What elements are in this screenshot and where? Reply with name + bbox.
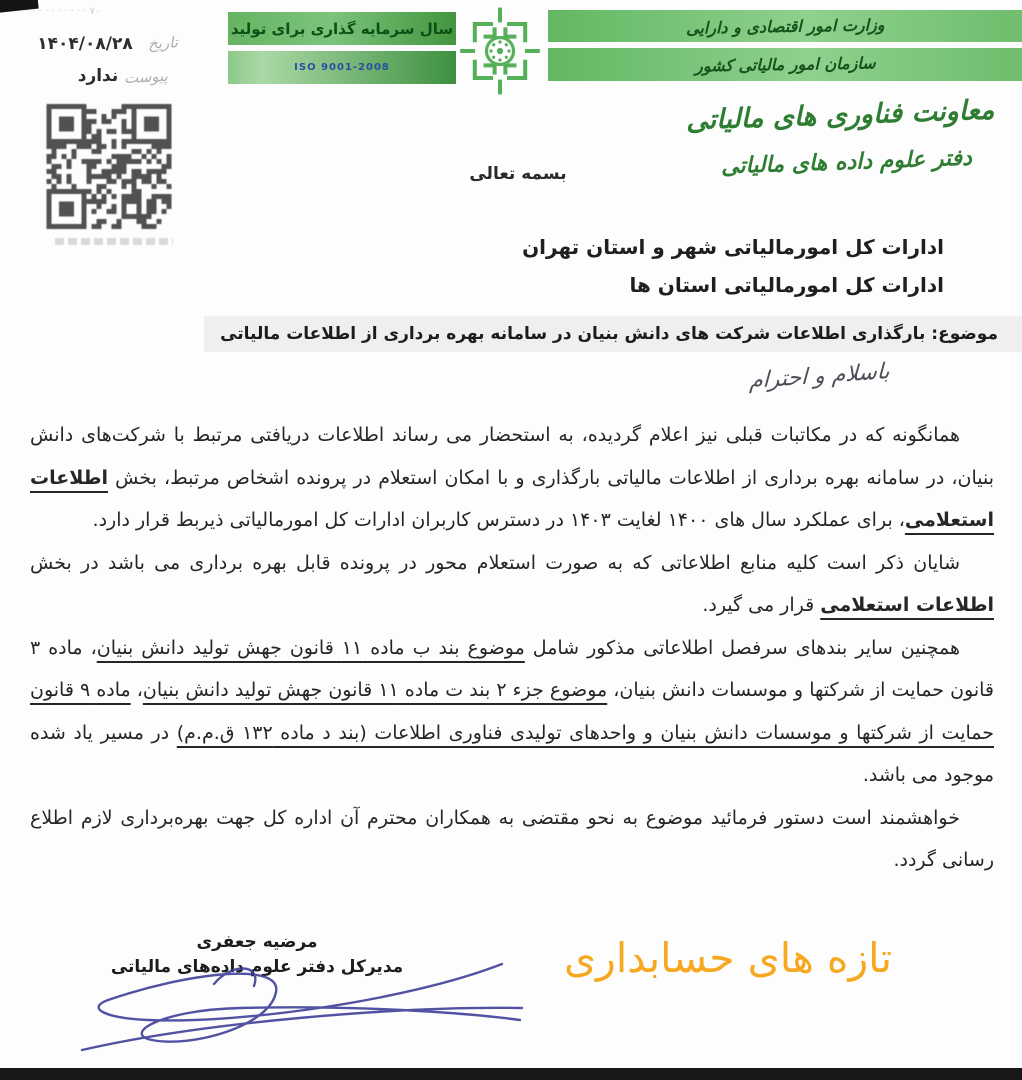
organization-text: سازمان امور مالیاتی کشور — [695, 53, 876, 75]
besmele-text: بسمه تعالی — [448, 164, 588, 184]
body-text: خواهشمند است دستور فرمائید موضوع به نحو … — [30, 807, 994, 872]
recipients-block: ادارات کل امورمالیاتی شهر و استان تهران … — [522, 228, 944, 304]
body-text: شایان ذکر است کلیه منابع اطلاعاتی که به … — [30, 552, 960, 574]
handwritten-signature — [64, 950, 534, 1065]
qr-code — [42, 104, 176, 229]
scanned-letter-page: · · · · · · · · · · ٧٠ تاریخ ۱۴۰۴/۰۸/۲۸ … — [0, 0, 1022, 1080]
body-text: ، — [131, 679, 143, 701]
body-paragraph: همانگونه که در مکاتبات قبلی نیز اعلام گر… — [30, 414, 994, 542]
deputy-calligraphy: معاونت فناوری های مالیاتی — [685, 95, 994, 137]
tax-administration-emblem-icon — [455, 4, 545, 98]
legal-citation: موضوع بند ب ماده ۱۱ قانون جهش تولید دانش… — [97, 637, 525, 659]
body-paragraph: شایان ذکر است کلیه منابع اطلاعاتی که به … — [30, 542, 994, 627]
slogan-banner: سال سرمایه گذاری برای تولید — [228, 12, 456, 45]
body-text: همچنین سایر بندهای سرفصل اطلاعاتی مذکور … — [525, 637, 960, 659]
body-text: قرار می گیرد. — [702, 594, 820, 616]
date-value: ۱۴۰۴/۰۸/۲۸ — [26, 34, 144, 54]
watermark-text: تازه های حسابداری — [538, 934, 918, 982]
legal-citation: اطلاعات استعلامی — [820, 594, 994, 616]
scan-bottom-edge — [0, 1068, 1022, 1080]
attachment-value: ندارد — [52, 66, 144, 86]
date-label: تاریخ — [148, 33, 179, 53]
ministry-text: وزارت امور اقتصادی و دارایی — [686, 15, 885, 37]
organization-banner: سازمان امور مالیاتی کشور — [548, 48, 1022, 81]
subject-line: موضوع: بارگذاری اطلاعات شرکت های دانش بن… — [204, 316, 1022, 352]
body-paragraph: همچنین سایر بندهای سرفصل اطلاعاتی مذکور … — [30, 627, 994, 797]
iso-text: ISO 9001-2008 — [294, 62, 390, 73]
body-text: ، برای عملکرد سال های ۱۴۰۰ لغایت ۱۴۰۳ در… — [93, 509, 905, 531]
iso-banner: ISO 9001-2008 — [228, 51, 456, 84]
body-paragraph: خواهشمند است دستور فرمائید موضوع به نحو … — [30, 797, 994, 882]
faded-number-row: · · · · · · · · · · ٧٠ — [26, 6, 186, 17]
handwritten-greeting: باسلام و احترام — [749, 359, 890, 394]
recipient-line: ادارات کل امورمالیاتی شهر و استان تهران — [522, 228, 944, 266]
body-text: همانگونه که در مکاتبات قبلی نیز اعلام گر… — [30, 424, 994, 489]
office-calligraphy: دفتر علوم داده های مالیاتی — [721, 146, 973, 180]
ministry-banner: وزارت امور اقتصادی و دارایی — [548, 10, 1022, 42]
faded-stamp-line — [55, 238, 173, 245]
slogan-text: سال سرمایه گذاری برای تولید — [231, 20, 453, 38]
recipient-line: ادارات کل امورمالیاتی استان ها — [522, 266, 944, 304]
letter-body: همانگونه که در مکاتبات قبلی نیز اعلام گر… — [30, 414, 994, 882]
legal-citation: موضوع جزء ۲ بند ت ماده ۱۱ قانون جهش تولی… — [143, 679, 607, 701]
